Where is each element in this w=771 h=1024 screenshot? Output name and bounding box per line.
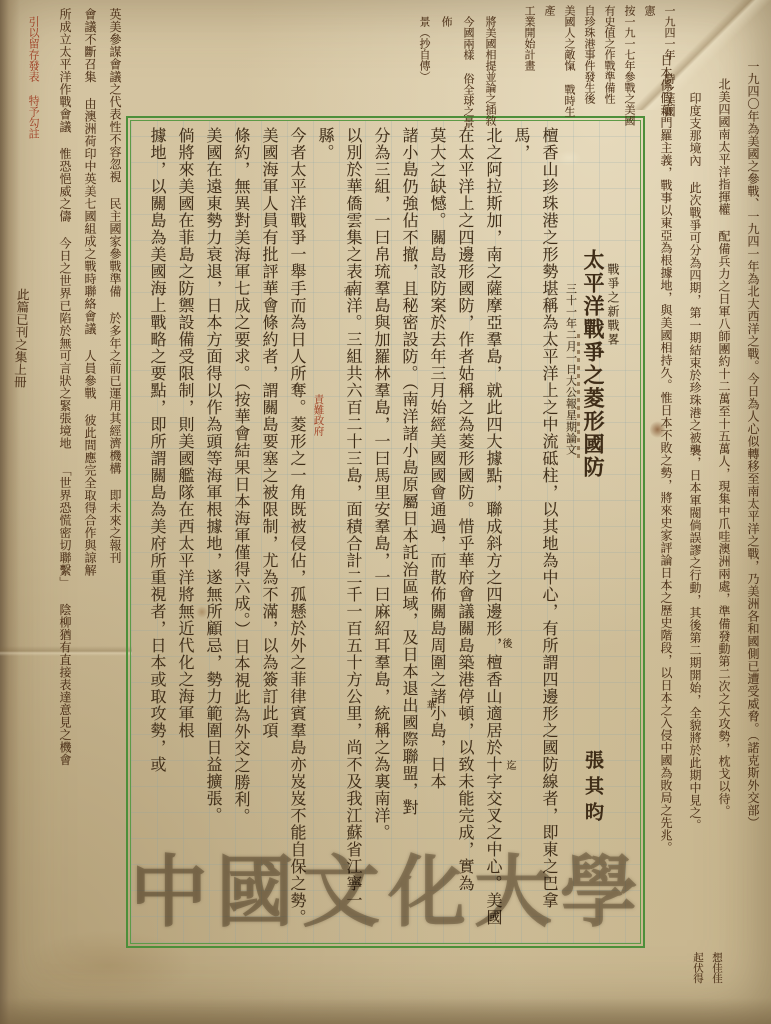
margin-note: 今國兩樣 俗全球之景佈: [435, 16, 479, 128]
body-column: 倘將來美國在菲島之防禦設備受限制，則美國艦隊在西太平洋將無近代化之海軍根: [171, 127, 199, 937]
margin-note: 按一九一七年參戰之美國: [619, 5, 639, 127]
body-column: 今者太平洋戰爭一舉手而為日人所奪。菱形之一角既被侵佔，孤懸於外之菲律賓羣島亦岌岌…: [283, 127, 311, 937]
margin-note: 北美四國南太平洋指揮權 配備兵力之日軍八師團約十二萬至十五萬人，現集中爪哇澳洲兩…: [709, 78, 738, 1012]
body-column: 以別於華僑雲集之表南洋。三組共六百二十三島，面積合計二千一百五十方公里，尚不及我…: [311, 127, 367, 937]
red-annotation: 責難政府: [313, 394, 324, 436]
body-column: 據地，以關島為美國海上戰略之要點，即所謂關島為美府所重視者，日本或取攻勢，或: [143, 127, 171, 937]
body-column: 檀香山珍珠港之形勢堪稱為太平洋上之中流砥柱，以其地為中心，有所謂四邊形之國防線者…: [507, 127, 563, 937]
right-bottom-annotations: 想佳佳 起伏得: [688, 952, 726, 1022]
subtitle: 三十一年二月一日大公報星期論文: [565, 283, 577, 456]
margin-note: 想佳佳: [707, 952, 726, 1022]
margin-note: 一九四〇年為美國之參戰、一九四一年為北大西洋之戰。今日為人心似轉移至南太平洋之戰…: [738, 60, 767, 1012]
manuscript-page: 戰爭之新戰畧 太平洋戰爭之菱形國防 三十一年二月一日大公報星期論文 張其昀 檀香…: [0, 0, 771, 1024]
margin-note: 起伏得: [688, 952, 707, 1022]
body-column: 美國在遠東勢力衰退，日本方面得以作為頭等海軍根據地，遂無所顧忌，勢力範圍日益擴張…: [199, 127, 227, 937]
margin-note: 英美參謀會議之代表性不容忽視 民主國家參戰準備 於多年之前已運用其經濟機構 即未…: [102, 8, 127, 1016]
page-title: 太平洋戰爭之菱形國防: [582, 249, 603, 479]
body-column: 莫大之缺憾。關島設防案於去年三月始經美國國會通過，而散佈關島周圍之諸小島，日本: [423, 127, 451, 937]
watermark-text: 中國文化大學: [130, 854, 642, 932]
insert-mark: 華: [424, 700, 434, 710]
margin-note: 所成立太平洋作戰會議 惟恐悒威之儔 今日之世界已陷於無可言狀之緊張境地 「世界恐…: [52, 8, 77, 1016]
margin-note: 工業開始計畫: [519, 5, 539, 127]
margin-note: 一九四一年 時之美國憲: [639, 5, 679, 127]
insert-mark: 迄: [504, 760, 514, 770]
body-column: 諸小島仍強佔不撤，且秘密設防。（南洋諸小島原屬日本託治區域，及日本退出國際聯盟，…: [395, 127, 423, 937]
right-margin-annotations: 一九四〇年為美國之參戰、一九四一年為北大西洋之戰。今日為人心似轉移至南太平洋之戰…: [649, 48, 767, 1012]
margin-note: 景（抄自傳）: [413, 16, 435, 128]
title-side-note: 戰爭之新戰畧: [607, 263, 619, 347]
body-column: 美國海軍人員有批評華會條約者，謂關島要塞之被限制，尤為不滿，以為簽訂此項: [255, 127, 283, 937]
margin-note: 會議不斷召集 由澳洲荷印中英美七國組成之戰時聯絡會議 人員參戰 彼此間應完全取得…: [77, 8, 102, 1016]
left-margin-red-note: 引以留存發表 特予勾註: [27, 16, 39, 306]
margin-note: 有史值之作戰準備性: [599, 5, 619, 127]
author-signature: 張其昀: [583, 750, 602, 828]
paper-edge-shadow: [0, 0, 20, 1024]
margin-note: 將美國相提並論之插敘: [479, 16, 501, 128]
top-margin-annotations-left: 將美國相提並論之插敘 今國兩樣 俗全球之景佈 景（抄自傳）: [413, 16, 501, 128]
body-column: 北之阿拉斯加，南之薩摩亞羣島，就此四大據點，聯成斜方之四邊形，檀香山適居於十字交…: [479, 127, 507, 937]
top-margin-annotations-right: 一九四一年 時之美國憲 按一九一七年參戰之美國 有史值之作戰準備性 自珍珠港事件…: [519, 5, 679, 127]
body-column: 分為三組，一曰帛琉羣島與加羅林羣島，一曰馬里安羣島，一曰麻紹耳羣島，統稱之為裏南…: [367, 127, 395, 937]
left-margin-annotations: 英美參謀會議之代表性不容忽視 民主國家參戰準備 於多年之前已運用其經濟機構 即未…: [52, 8, 127, 1016]
body-text: 檀香山珍珠港之形勢堪稱為太平洋上之中流砥柱，以其地為中心，有所謂四邊形之國防線者…: [141, 127, 563, 937]
margin-note: 美國人之敵愾 戰時生產: [539, 5, 579, 127]
insert-mark: 有: [341, 286, 351, 296]
body-column: 條約，無異對美海軍七成之要求。（按華會結果日本海軍僅得六成。）日本視此為外交之勝…: [227, 127, 255, 937]
body-column: 在太平洋上之四邊形國防，作者姑稱之為菱形國防。惜乎華府會議關島築港停頓，以致未能…: [451, 127, 479, 937]
insert-mark: 後: [500, 638, 510, 648]
margin-note: 日本係假藉門羅主義，戰事以東亞為根據地，與美國相持久。惟日本不敗之勢，將來史家評…: [651, 54, 680, 1012]
body-column: 取守勢，可隨其所欲。然則當時美國為何放棄關島設防之權利，自願陷菲島於孤立之境: [141, 127, 143, 937]
margin-note: 印度支那境內 此次戰爭可分為四期，第一期結束於珍珠港之被襲，日本軍閥倘誤謬之行動…: [680, 92, 709, 1012]
margin-note: 自珍珠港事件發生後: [579, 5, 599, 127]
